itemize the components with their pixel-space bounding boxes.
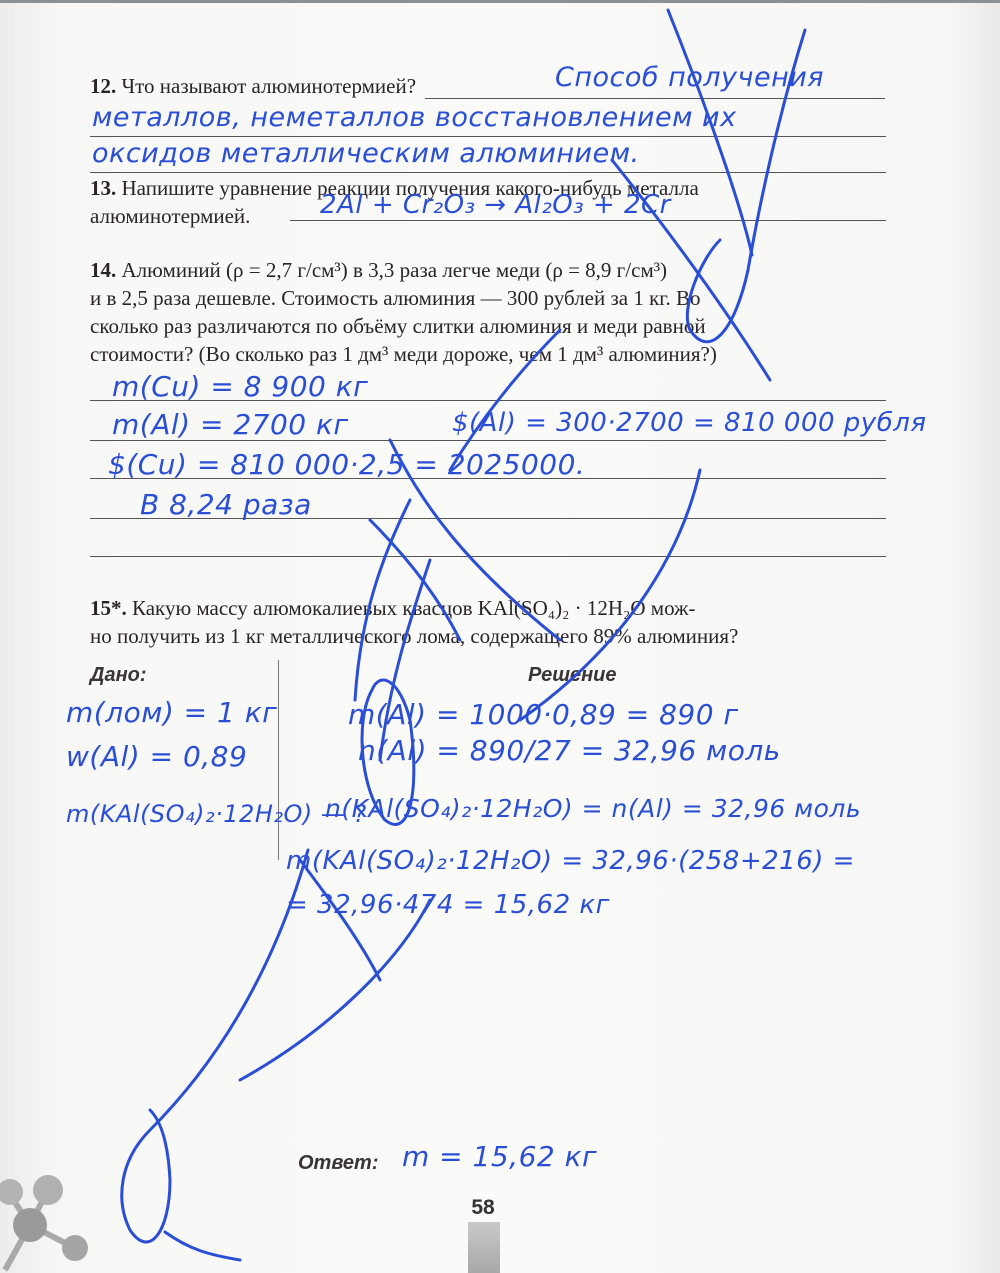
solution-step: n(Al) = 890/27 = 32,96 моль [358,734,781,767]
given-item: w(Al) = 0,89 [66,740,247,773]
handwritten-answer: оксидов металлическим алюминием. [92,138,640,169]
question-number: 13. [90,176,116,200]
handwritten-answer: $(Cu) = 810 000·2,5 = 2025000. [108,448,585,481]
question-text: Алюминий (ρ = 2,7 г/см³) в 3,3 раза легч… [122,258,668,282]
given-item: m(лом) = 1 кг [66,696,277,729]
solution-label: Решение [528,664,617,687]
handwritten-equation: 2Al + Cr₂O₃ → Al₂O₃ + 2Cr [320,190,671,220]
question-number: 14. [90,258,116,282]
solution-step: = 32,96·474 = 15,62 кг [286,890,610,920]
solution-step: m(Al) = 1000·0,89 = 890 г [348,698,739,731]
page-number: 58 [466,1196,500,1220]
final-answer: m = 15,62 кг [402,1140,597,1173]
question-text: и в 2,5 раза дешевле. Стоимость алюминия… [90,286,701,310]
question-text: но получить из 1 кг металлического лома,… [90,624,738,648]
question-number: 12. [90,74,116,98]
question-text: Что называют алюминотермией? [122,74,417,98]
answer-line [90,172,886,173]
answer-line [425,98,885,99]
question-text: Какую массу алюмокалиевых квасцов KAl(SO… [132,596,696,620]
question-number: 15*. [90,596,127,620]
question-14: 14. Алюминий (ρ = 2,7 г/см³) в 3,3 раза … [90,256,890,368]
answer-line [290,220,886,221]
question-15: 15*. Какую массу алюмокалиевых квасцов K… [90,594,890,650]
workbook-page: 12. Что называют алюминотермией? Способ … [0,0,1000,1273]
question-text: сколько раз различаются по объёму слитки… [90,314,706,338]
given-solution-divider [278,660,279,860]
question-text: алюминотермией. [90,204,250,228]
answer-line [90,136,886,137]
handwritten-answer: m(Al) = 2700 кг [112,408,349,441]
handwritten-answer: В 8,24 раза [140,488,312,521]
handwritten-answer: $(Al) = 300·2700 = 810 000 рубля [452,408,927,438]
handwritten-answer: m(Cu) = 8 900 кг [112,370,368,403]
molecule-decoration-icon [0,1170,90,1273]
solution-step: m(KAl(SO₄)₂·12H₂O) = 32,96·(258+216) = [286,846,855,876]
given-label: Дано: [90,664,147,687]
question-text: стоимости? (Во сколько раз 1 дм³ меди до… [90,342,717,366]
handwritten-answer: Способ получения [555,62,824,93]
given-item: m(KAl(SO₄)₂·12H₂O) — ? [66,800,367,828]
answer-label: Ответ: [298,1152,379,1175]
page-top-edge [0,0,1000,3]
solution-step: n(KAl(SO₄)₂·12H₂O) = n(Al) = 32,96 моль [325,794,861,823]
handwritten-answer: металлов, неметаллов восстановлением их [92,102,737,133]
answer-line [90,556,886,557]
page-tab [468,1222,500,1273]
